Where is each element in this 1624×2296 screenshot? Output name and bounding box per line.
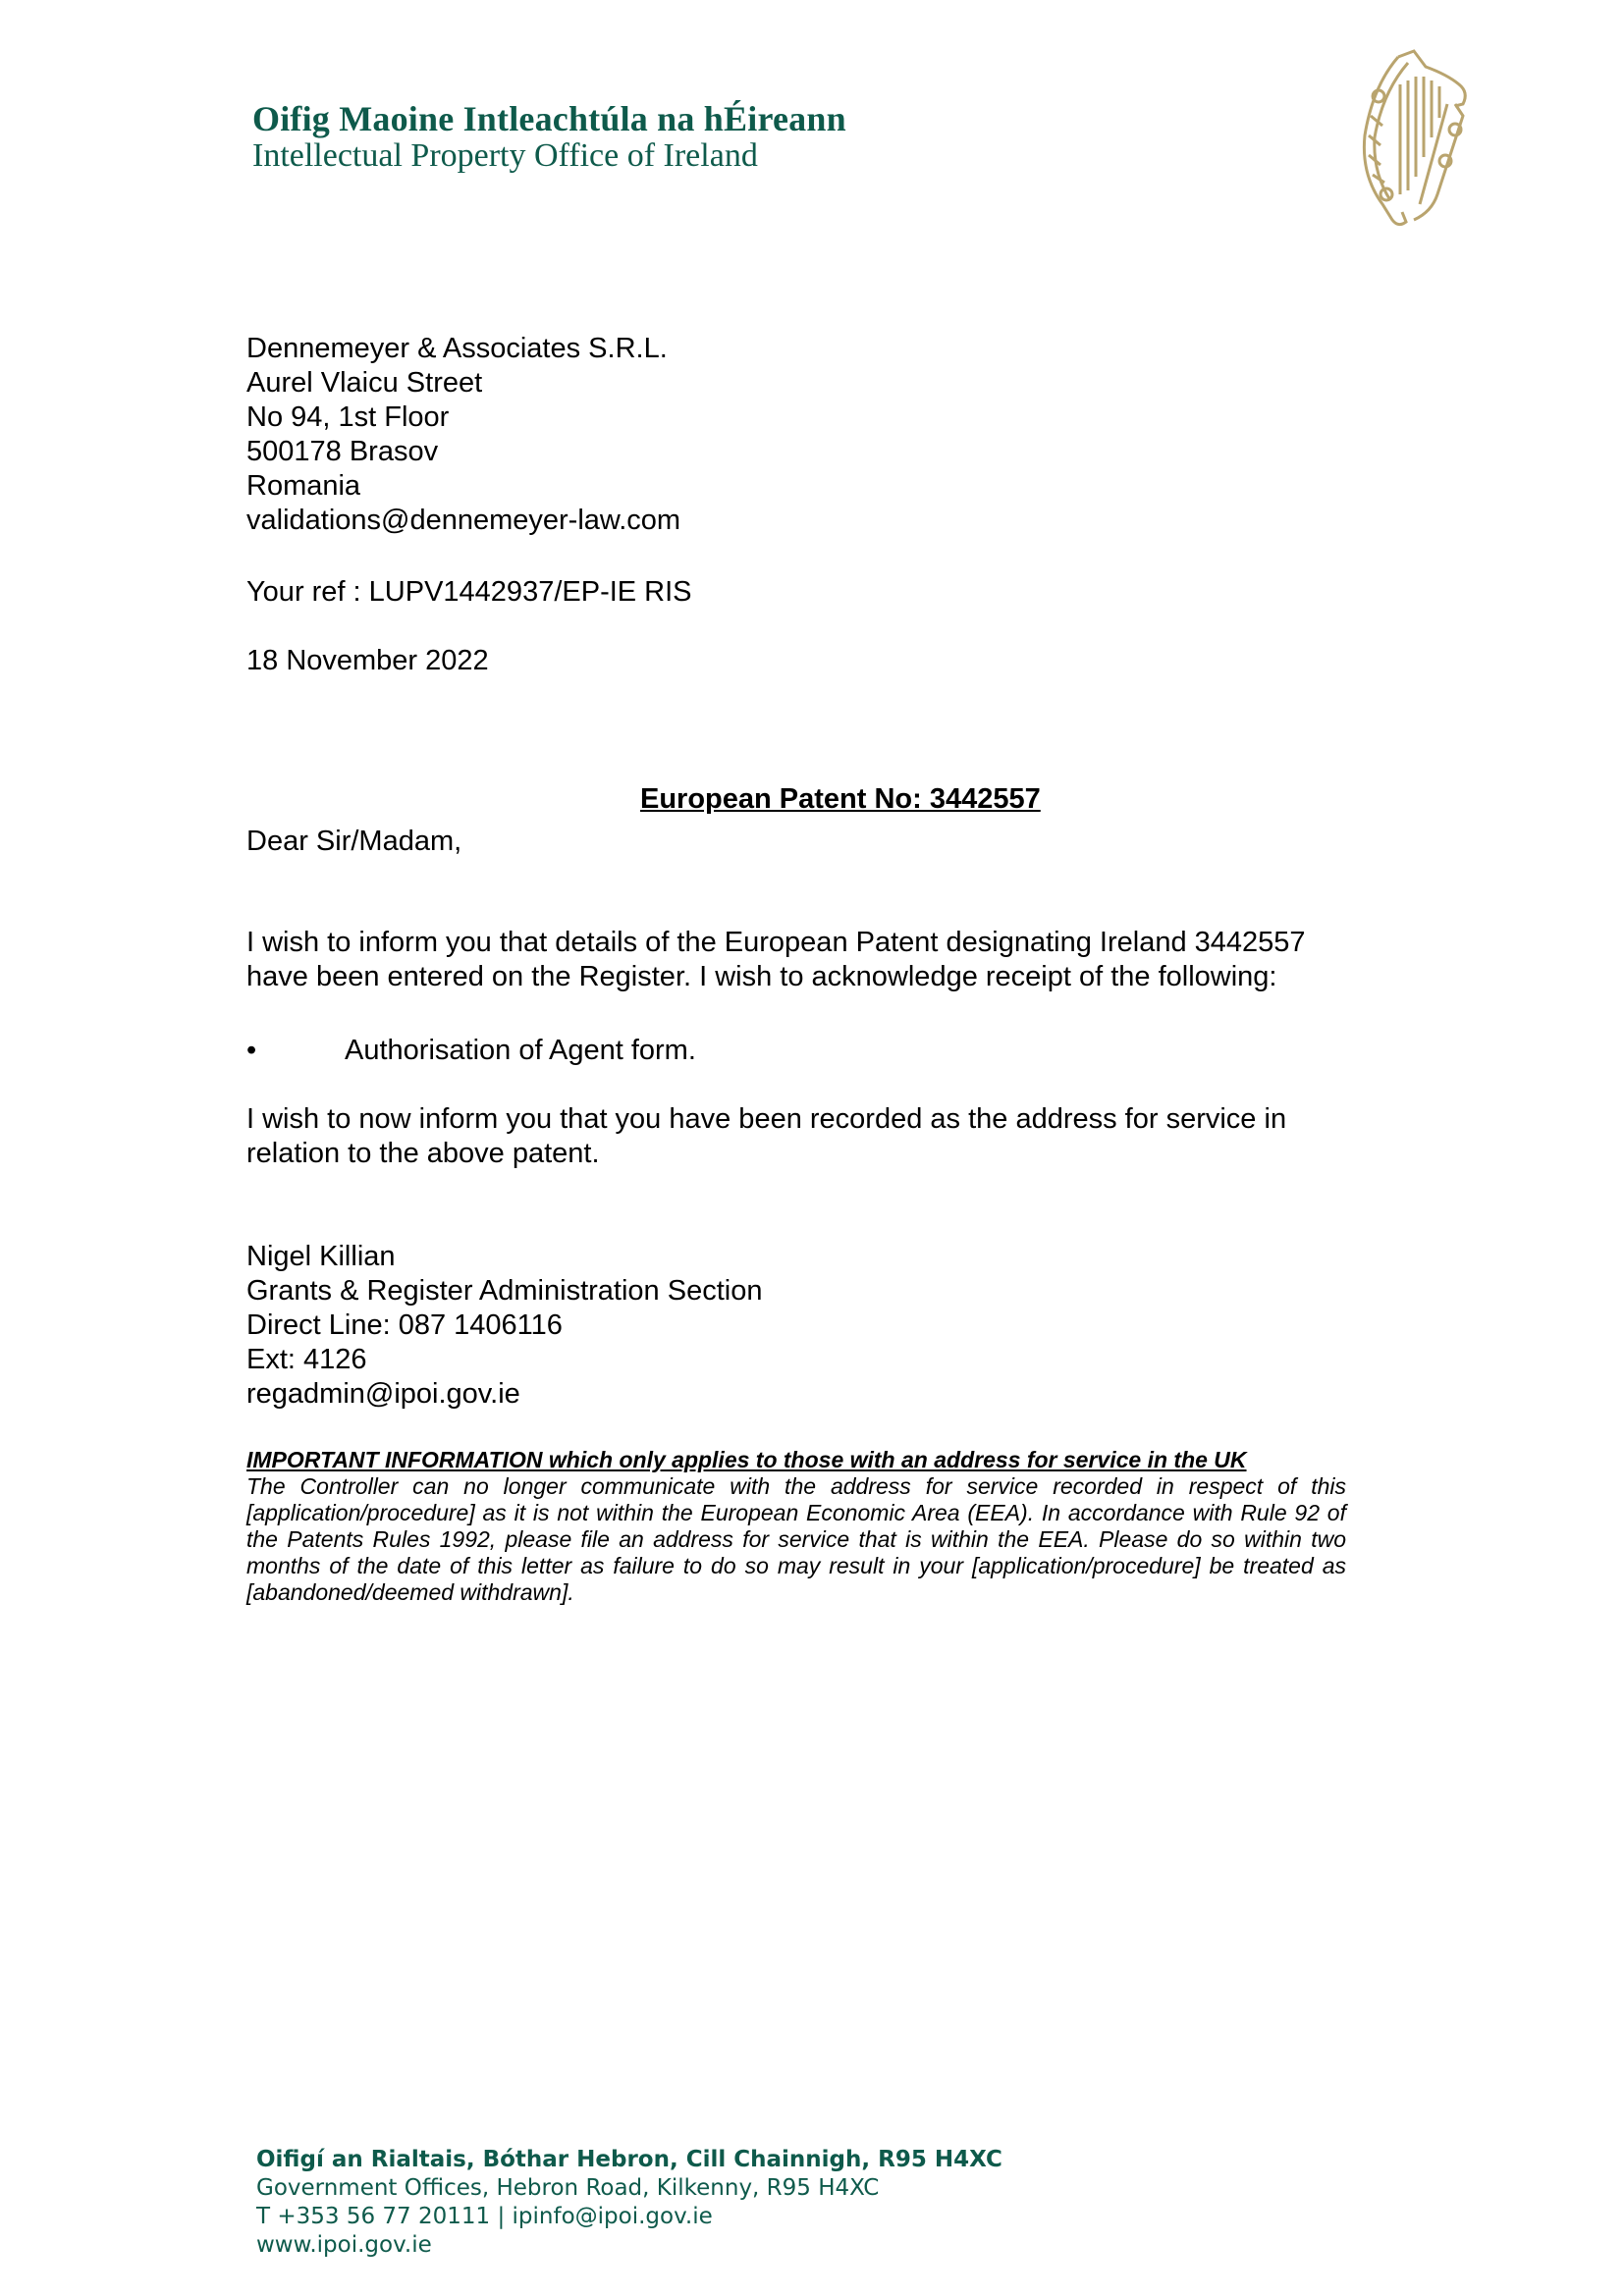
recipient-line: No 94, 1st Floor <box>246 400 680 435</box>
footer-address-irish: Oifigí an Rialtais, Bóthar Hebron, Cill … <box>256 2146 1002 2174</box>
signatory-direct-line: Direct Line: 087 1406116 <box>246 1308 762 1343</box>
bullet-icon: • <box>246 1034 345 1068</box>
body-paragraph-1: I wish to inform you that details of the… <box>246 926 1306 994</box>
recipient-line: 500178 Brasov <box>246 435 680 469</box>
footer: Oifigí an Rialtais, Bóthar Hebron, Cill … <box>256 2146 1002 2260</box>
signatory-section: Grants & Register Administration Section <box>246 1274 762 1308</box>
org-name-irish: Oifig Maoine Intleachtúla na hÉireann <box>252 98 846 139</box>
footer-contact: T +353 56 77 20111 | ipinfo@ipoi.gov.ie <box>256 2203 1002 2231</box>
subject-heading: European Patent No: 3442557 <box>640 783 1041 816</box>
recipient-email: validations@dennemeyer-law.com <box>246 504 680 538</box>
harp-emblem-icon <box>1353 47 1477 230</box>
body-line: relation to the above patent. <box>246 1137 1286 1171</box>
body-line: I wish to inform you that details of the… <box>246 926 1306 960</box>
footer-website: www.ipoi.gov.ie <box>256 2231 1002 2260</box>
letter-date: 18 November 2022 <box>246 644 489 678</box>
signatory-name: Nigel Killian <box>246 1240 762 1274</box>
signature-block: Nigel Killian Grants & Register Administ… <box>246 1240 762 1412</box>
body-line: I wish to now inform you that you have b… <box>246 1102 1286 1137</box>
org-name-english: Intellectual Property Office of Ireland <box>252 137 758 175</box>
footer-address-english: Government Offices, Hebron Road, Kilkenn… <box>256 2174 1002 2203</box>
important-notice: IMPORTANT INFORMATION which only applies… <box>246 1447 1346 1606</box>
your-reference: Your ref : LUPV1442937/EP-IE RIS <box>246 575 692 610</box>
signatory-email: regadmin@ipoi.gov.ie <box>246 1377 762 1412</box>
recipient-address: Dennemeyer & Associates S.R.L. Aurel Vla… <box>246 332 680 538</box>
recipient-line: Dennemeyer & Associates S.R.L. <box>246 332 680 366</box>
salutation: Dear Sir/Madam, <box>246 825 461 859</box>
body-line: have been entered on the Register. I wis… <box>246 960 1306 994</box>
bullet-text: Authorisation of Agent form. <box>345 1035 696 1066</box>
recipient-line: Romania <box>246 469 680 504</box>
body-paragraph-2: I wish to now inform you that you have b… <box>246 1102 1286 1171</box>
bullet-item: •Authorisation of Agent form. <box>246 1034 696 1068</box>
signatory-extension: Ext: 4126 <box>246 1343 762 1377</box>
recipient-line: Aurel Vlaicu Street <box>246 366 680 400</box>
important-notice-title: IMPORTANT INFORMATION which only applies… <box>246 1447 1346 1473</box>
important-notice-body: The Controller can no longer communicate… <box>246 1473 1346 1606</box>
